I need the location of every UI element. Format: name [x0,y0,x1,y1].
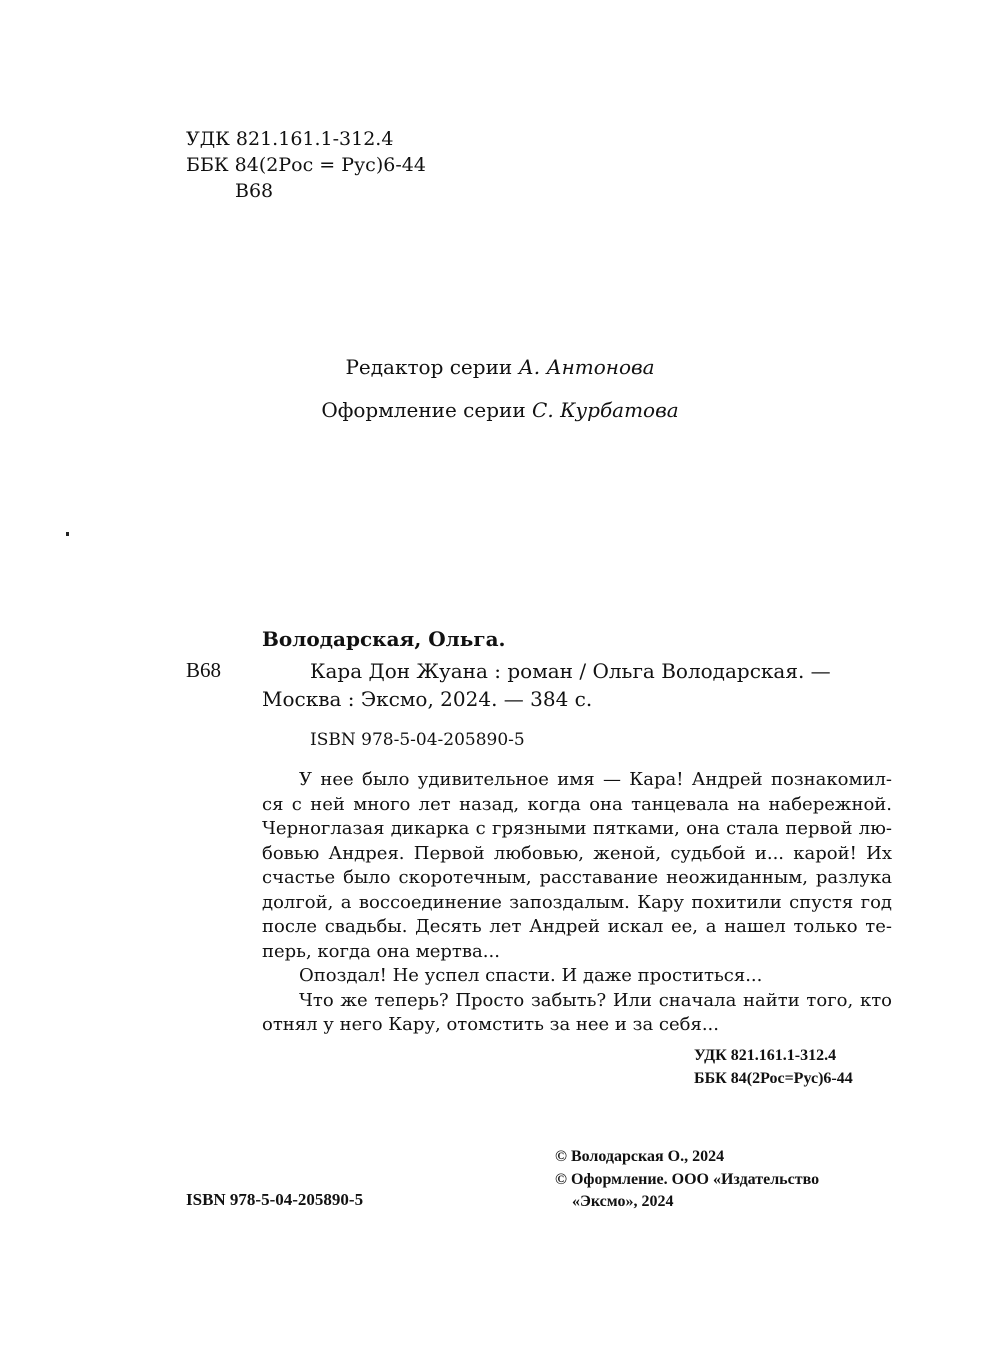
catalog-isbn: ISBN 978-5-04-205890-5 [310,730,525,750]
annotation-paragraph-1: У нее было удивительное имя — Кара! Андр… [262,768,892,964]
annotation-line: отнял у него Кару, отомстить за нее и за… [262,1013,892,1038]
udk-code-bottom: УДК 821.161.1-312.4 [694,1044,853,1067]
annotation-line: ся с ней много лет назад, когда она танц… [262,793,892,818]
catalog-author-heading: Володарская, Ольга. [262,627,506,651]
annotation-line: перь, когда она мертва... [262,940,892,965]
copyright-design-cont: «Эксмо», 2024 [555,1191,819,1214]
copyright-design: © Оформление. ООО «Издательство [555,1169,819,1192]
series-design-label: Оформление серии [321,398,525,422]
annotation-line: бовью Андрея. Первой любовью, женой, суд… [262,842,892,867]
classification-codes-bottom: УДК 821.161.1-312.4 ББК 84(2Рос=Рус)6-44 [694,1044,853,1090]
series-design-name: С. Курбатова [532,398,679,422]
udk-code: УДК 821.161.1-312.4 [186,126,426,152]
classification-codes-top: УДК 821.161.1-312.4 ББК 84(2Рос = Рус)6-… [186,126,426,204]
series-editor-label: Редактор серии [345,355,512,379]
annotation-line: после свадьбы. Десять лет Андрей искал е… [262,915,892,940]
annotation-line: долгой, а воссоединение запоздалым. Кару… [262,891,892,916]
annotation-line: Опоздал! Не успел спасти. И даже простит… [262,964,892,989]
bbk-code: ББК 84(2Рос = Рус)6-44 [186,152,426,178]
annotation-line: У нее было удивительное имя — Кара! Андр… [262,768,892,793]
copyright-block: © Володарская О., 2024 © Оформление. ООО… [555,1146,819,1214]
series-editor-credit: Редактор серии А. Антонова [0,355,1000,379]
isbn-bottom: ISBN 978-5-04-205890-5 [186,1190,363,1210]
annotation-line: Черноглазая дикарка с грязными пятками, … [262,817,892,842]
annotation-line: Что же теперь? Просто забыть? Или сначал… [262,989,892,1014]
series-editor-name: А. Антонова [519,355,655,379]
stray-dot [66,532,69,536]
copyright-author: © Володарская О., 2024 [555,1146,819,1169]
annotation-line: счастье было скоротечным, расставание не… [262,866,892,891]
series-design-credit: Оформление серии С. Курбатова [0,398,1000,422]
annotation: У нее было удивительное имя — Кара! Андр… [262,768,892,1038]
bbk-code-bottom: ББК 84(2Рос=Рус)6-44 [694,1067,853,1090]
annotation-paragraph-3: Что же теперь? Просто забыть? Или сначал… [262,989,892,1038]
annotation-paragraph-2: Опоздал! Не успел спасти. И даже простит… [262,964,892,989]
catalog-publication-line: Москва : Эксмо, 2024. — 384 с. [262,687,592,711]
author-mark: В68 [186,178,426,204]
catalog-title-line: Кара Дон Жуана : роман / Ольга Володарск… [310,659,831,683]
catalog-author-mark: В68 [186,658,221,683]
